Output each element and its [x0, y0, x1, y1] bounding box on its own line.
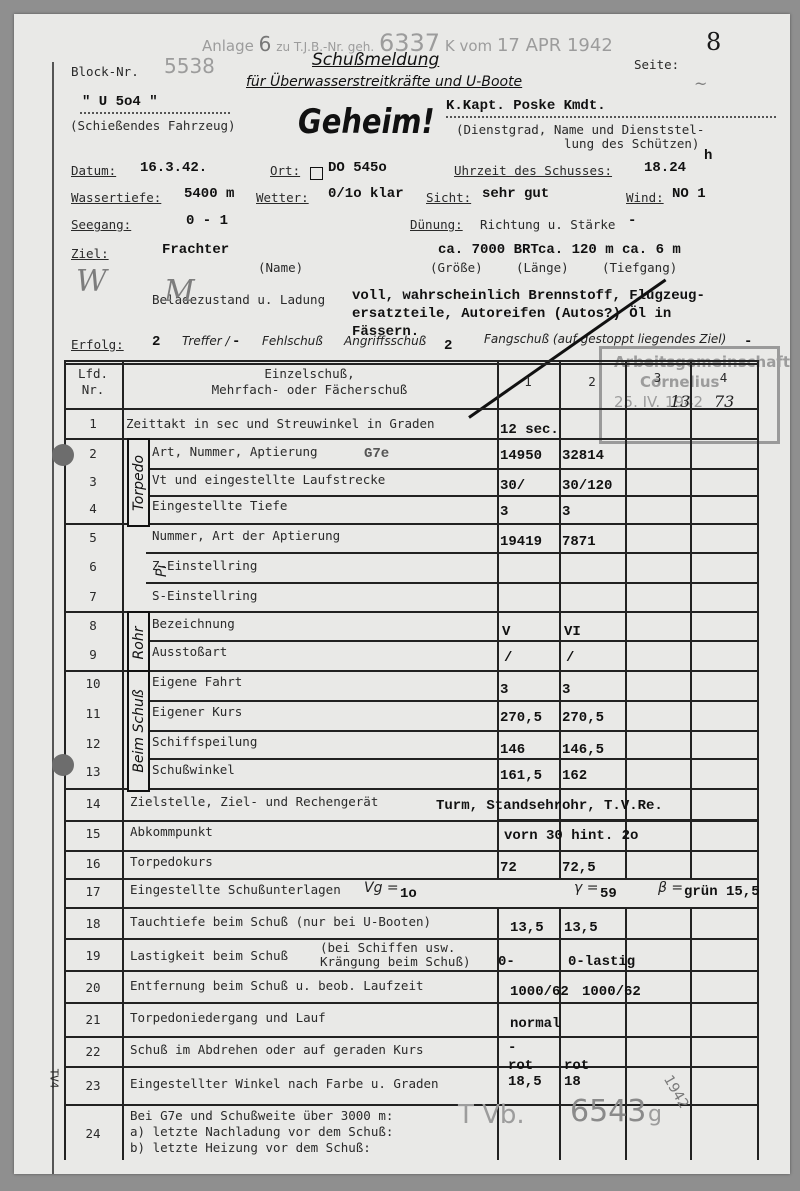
row-14-span-value: Turm, Standsehrohr, T.V.Re.: [436, 798, 663, 814]
shooter-dotline: [446, 116, 776, 118]
ziel-label: Ziel:: [71, 246, 109, 261]
row-3-label: Vt und eingestellte Laufstrecke: [152, 472, 385, 487]
row-5-val-2: 7871: [562, 534, 596, 550]
row-17-gamma-label: γ =: [574, 880, 598, 896]
row-4-val-2: 3: [562, 504, 570, 520]
duenung-value: -: [628, 213, 636, 229]
row-20-label: Entfernung beim Schuß u. beob. Laufzeit: [130, 978, 424, 993]
header-col-2: 2: [559, 374, 625, 389]
row-19-val-2: 0-lastig: [568, 954, 635, 970]
seite-label: Seite:: [634, 57, 679, 72]
row-6-label: Z-Einstellring: [152, 558, 257, 573]
ziel-name-value: Frachter: [162, 242, 229, 258]
row-11-val-1: 270,5: [500, 710, 542, 726]
header-desc-1: Einzelschuß,: [122, 366, 497, 381]
row-10-label: Eigene Fahrt: [152, 674, 242, 689]
bottom-stamp-tvb: T Vb.: [458, 1100, 525, 1130]
row-3-nr: 3: [64, 474, 122, 489]
row-24-label-1: Bei G7e und Schußweite über 3000 m:: [130, 1108, 393, 1123]
row-7-nr: 7: [64, 589, 122, 604]
row-2-label: Art, Nummer, Aptierung: [152, 444, 318, 459]
pencil-annotation: W: [76, 264, 107, 299]
row-21-nr: 21: [64, 1012, 122, 1027]
row-2-val-2: 32814: [562, 448, 604, 464]
ziel-groesse-value: ca. 7000 BRT: [438, 242, 539, 258]
row-14-nr: 14: [64, 796, 122, 811]
caption-groesse: (Größe): [430, 260, 483, 275]
caption-laenge: (Länge): [516, 260, 569, 275]
row-13-val-2: 162: [562, 768, 587, 784]
row-3-val-1: 30/: [500, 478, 525, 494]
row-24-nr: 24: [64, 1126, 122, 1141]
row-20-val-2: 1000/62: [582, 984, 641, 1000]
duenung-caption: Richtung u. Stärke: [480, 217, 615, 232]
seegang-value: 0 - 1: [186, 213, 228, 229]
row-1-val-1: 12 sec.: [500, 422, 559, 438]
row-2-extra: G7e: [364, 446, 389, 462]
form-subtitle: für Überwasserstreitkräfte und U-Boote: [246, 74, 522, 90]
caption-name: (Name): [258, 260, 303, 275]
group-torpedo: Torpedo: [127, 438, 150, 527]
row-19-note-2: Krängung beim Schuß): [320, 954, 471, 969]
row-16-val-1: 72: [500, 860, 517, 876]
group-rohr: Rohr: [127, 611, 150, 674]
seegang-label: Seegang:: [71, 217, 131, 232]
row-5-nr: 5: [64, 530, 122, 545]
row-13-label: Schußwinkel: [152, 762, 235, 777]
row-17-nr: 17: [64, 884, 122, 899]
row-17-gamma-value: 59: [600, 886, 617, 902]
header-col-3: 3: [625, 370, 690, 385]
row-23-label: Eingestellter Winkel nach Farbe u. Grade…: [130, 1076, 439, 1091]
report-sheet: Anlage 6 zu T.J.B.-Nr. geh. 6337 K vom 1…: [14, 14, 790, 1174]
erfolg-label: Erfolg:: [71, 337, 124, 352]
row-18-label: Tauchtiefe beim Schuß (nur bei U-Booten): [130, 914, 431, 929]
fehlschuss-value: -: [232, 334, 240, 350]
row-19-val-1: 0-: [498, 954, 515, 970]
datum-value: 16.3.42.: [140, 160, 207, 176]
firing-data-table: Torpedo Rohr Beim Schuß Pi Lfd. Nr. Einz…: [64, 360, 757, 1160]
row-8-val-2: VI: [564, 624, 581, 640]
uhrzeit-label: Uhrzeit des Schusses:: [454, 163, 612, 178]
pencil-initials: ~: [694, 74, 707, 93]
row-12-val-2: 146,5: [562, 742, 604, 758]
ort-grid-checkbox: [310, 163, 323, 182]
row-23-val-1-color: rot: [508, 1058, 533, 1074]
row-15-label: Abkommpunkt: [130, 824, 213, 839]
row-12-val-1: 146: [500, 742, 525, 758]
row-17-beta-value: grün 15,5: [684, 884, 760, 900]
shooter-caption-2: lung des Schützen): [564, 136, 699, 151]
seite-value: 8: [706, 28, 721, 56]
row-9-label: Ausstoßart: [152, 644, 227, 659]
row-18-val-1: 13,5: [510, 920, 544, 936]
row-8-nr: 8: [64, 618, 122, 633]
row-18-val-2: 13,5: [564, 920, 598, 936]
row-24-label-2: a) letzte Nachladung vor dem Schuß:: [130, 1124, 393, 1139]
row-14-label: Zielstelle, Ziel- und Rechengerät: [130, 794, 378, 809]
header-col-1: 1: [497, 374, 559, 389]
row-16-label: Torpedokurs: [130, 854, 213, 869]
row-8-label: Bezeichnung: [152, 616, 235, 631]
wind-value: NO 1: [672, 186, 706, 202]
ort-label: Ort:: [270, 163, 300, 178]
row-21-val-1: normal: [510, 1016, 560, 1032]
row-19-note-1: (bei Schiffen usw.: [320, 940, 455, 955]
shooter-value: K.Kapt. Poske Kmdt.: [446, 98, 606, 114]
row-22-nr: 22: [64, 1044, 122, 1059]
header-col-4: 4: [690, 370, 757, 385]
form-title: Schußmeldung: [312, 50, 439, 70]
angriffsschuss-label: Angriffsschuß: [344, 334, 426, 348]
punch-hole-top: [52, 444, 74, 466]
row-15-span-value: vorn 30 hint. 2o: [504, 828, 638, 844]
margin-line: [52, 62, 54, 1174]
row-17-vg-label: Vg =: [364, 880, 399, 896]
row-8-val-1: V: [502, 624, 510, 640]
row-9-nr: 9: [64, 647, 122, 662]
margin-note: TV4: [47, 1069, 60, 1089]
row-4-label: Eingestellte Tiefe: [152, 498, 287, 513]
row-3-val-2: 30/120: [562, 478, 612, 494]
row-20-nr: 20: [64, 980, 122, 995]
row-22-label: Schuß im Abdrehen oder auf geraden Kurs: [130, 1042, 424, 1057]
row-4-val-1: 3: [500, 504, 508, 520]
row-17-beta-label: β =: [658, 880, 683, 896]
uhrzeit-value: 18.24: [644, 160, 686, 176]
row-5-val-1: 19419: [500, 534, 542, 550]
ziel-tiefgang-value: ca. 6 m: [622, 242, 681, 258]
classification-mark: Geheim!: [298, 102, 435, 142]
wind-label: Wind:: [626, 190, 664, 205]
wetter-value: 0/1o klar: [328, 186, 404, 202]
row-10-val-1: 3: [500, 682, 508, 698]
block-nr-label: Block-Nr.: [71, 64, 139, 79]
treffer-label: Treffer /: [182, 334, 230, 348]
row-9-val-2: /: [566, 650, 574, 666]
row-10-val-2: 3: [562, 682, 570, 698]
row-23-val-2-color: rot: [564, 1058, 589, 1074]
wetter-label: Wetter:: [256, 190, 309, 205]
row-12-label: Schiffspeilung: [152, 734, 257, 749]
row-5-label: Nummer, Art der Aptierung: [152, 528, 340, 543]
wassertiefe-value: 5400 m: [184, 186, 234, 202]
ort-value: DO 545o: [328, 160, 387, 176]
row-21-label: Torpedoniedergang und Lauf: [130, 1010, 326, 1025]
sicht-value: sehr gut: [482, 186, 549, 202]
row-19-nr: 19: [64, 948, 122, 963]
vessel-value: " U 5o4 ": [82, 94, 158, 110]
bottom-stamp-number: 6543: [570, 1094, 646, 1129]
row-17-vg-value: 1o: [400, 886, 417, 902]
header-lfd: Lfd.: [64, 366, 122, 381]
caption-tiefgang: (Tiefgang): [602, 260, 677, 275]
row-10-nr: 10: [64, 676, 122, 691]
angriffsschuss-value: 2: [444, 338, 452, 354]
shooter-caption-1: (Dienstgrad, Name und Dienststel-: [456, 122, 704, 137]
row-20-val-1: 1000/62: [510, 984, 569, 1000]
row-2-val-1: 14950: [500, 448, 542, 464]
sicht-label: Sicht:: [426, 190, 471, 205]
row-12-nr: 12: [64, 736, 122, 751]
pencil-annotation-2: M: [164, 274, 195, 309]
uhrzeit-unit: h: [704, 148, 712, 164]
header-desc-2: Mehrfach- oder Fächerschuß: [122, 382, 497, 397]
row-11-val-2: 270,5: [562, 710, 604, 726]
row-16-nr: 16: [64, 856, 122, 871]
fehlschuss-label: Fehlschuß: [262, 334, 323, 348]
row-23-val-1-degrees: 18,5: [508, 1074, 542, 1090]
row-6-nr: 6: [64, 559, 122, 574]
row-24-label-3: b) letzte Heizung vor dem Schuß:: [130, 1140, 371, 1155]
header-nr: Nr.: [64, 382, 122, 397]
row-23-nr: 23: [64, 1078, 122, 1093]
ziel-laenge-value: ca. 120 m: [538, 242, 614, 258]
row-18-nr: 18: [64, 916, 122, 931]
wassertiefe-label: Wassertiefe:: [71, 190, 161, 205]
row-1-label: Zeittakt in sec und Streuwinkel in Grade…: [126, 416, 435, 431]
row-23-val-2-degrees: 18: [564, 1074, 581, 1090]
row-7-label: S-Einstellring: [152, 588, 257, 603]
datum-label: Datum:: [71, 163, 116, 178]
fangschuss-label: Fangschuß (auf gestoppt liegendes Ziel): [484, 332, 726, 346]
vessel-caption: (Schießendes Fahrzeug): [70, 118, 236, 133]
row-4-nr: 4: [64, 501, 122, 516]
vessel-dotline: [80, 112, 230, 114]
row-15-nr: 15: [64, 826, 122, 841]
row-11-label: Eigener Kurs: [152, 704, 242, 719]
punch-hole-bottom: [52, 754, 74, 776]
row-22-val-1: -: [508, 1040, 516, 1056]
group-beim-schuss: Beim Schuß: [127, 670, 150, 792]
row-11-nr: 11: [64, 706, 122, 721]
duenung-label: Dünung:: [410, 217, 463, 232]
row-1-nr: 1: [64, 416, 122, 431]
bottom-stamp-suffix: g: [648, 1102, 662, 1127]
row-13-val-1: 161,5: [500, 768, 542, 784]
row-17-label: Eingestellte Schußunterlagen: [130, 882, 341, 897]
treffer-value: 2: [152, 334, 160, 350]
row-9-val-1: /: [504, 650, 512, 666]
row-19-label: Lastigkeit beim Schuß: [130, 948, 288, 963]
block-nr-value: 5538: [164, 54, 215, 78]
row-16-val-2: 72,5: [562, 860, 596, 876]
